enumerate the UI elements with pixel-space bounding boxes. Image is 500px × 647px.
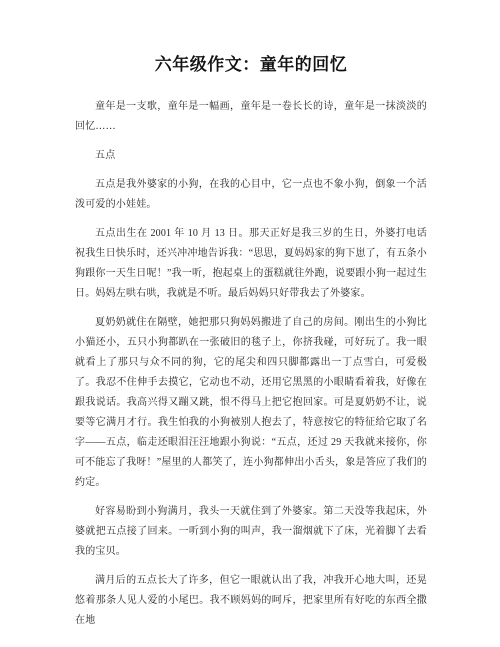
paragraph-section-heading: 五点 <box>75 146 427 166</box>
paragraph-full-moon: 好容易盼到小狗满月，我头一天就住到了外婆家。第二天没等我起床，外婆就把五点接了回… <box>75 502 427 562</box>
paragraph-birth-story: 五点出生在 2001 年 10 月 13 日。那天正好是我三岁的生日，外婆打电话… <box>75 224 427 304</box>
paragraph-reunion: 满月后的五点长大了许多，但它一眼就认出了我，冲我开心地大叫，还晃悠着那条人见人爱… <box>75 571 427 631</box>
essay-title: 六年级作文：童年的回忆 <box>75 50 427 75</box>
paragraph-intro: 童年是一支歌，童年是一幅画，童年是一卷长长的诗，童年是一抹淡淡的回忆…… <box>75 97 427 137</box>
paragraph-naming-story: 夏奶奶就住在隔壁，她把那只狗妈妈搬进了自己的房间。刚出生的小狗比小猫还小，五只小… <box>75 313 427 493</box>
paragraph-dog-description: 五点是我外婆家的小狗，在我的心目中，它一点也不象小狗，倒象一个活泼可爱的小娃娃。 <box>75 175 427 215</box>
document-page: 六年级作文：童年的回忆 童年是一支歌，童年是一幅画，童年是一卷长长的诗，童年是一… <box>0 0 500 647</box>
